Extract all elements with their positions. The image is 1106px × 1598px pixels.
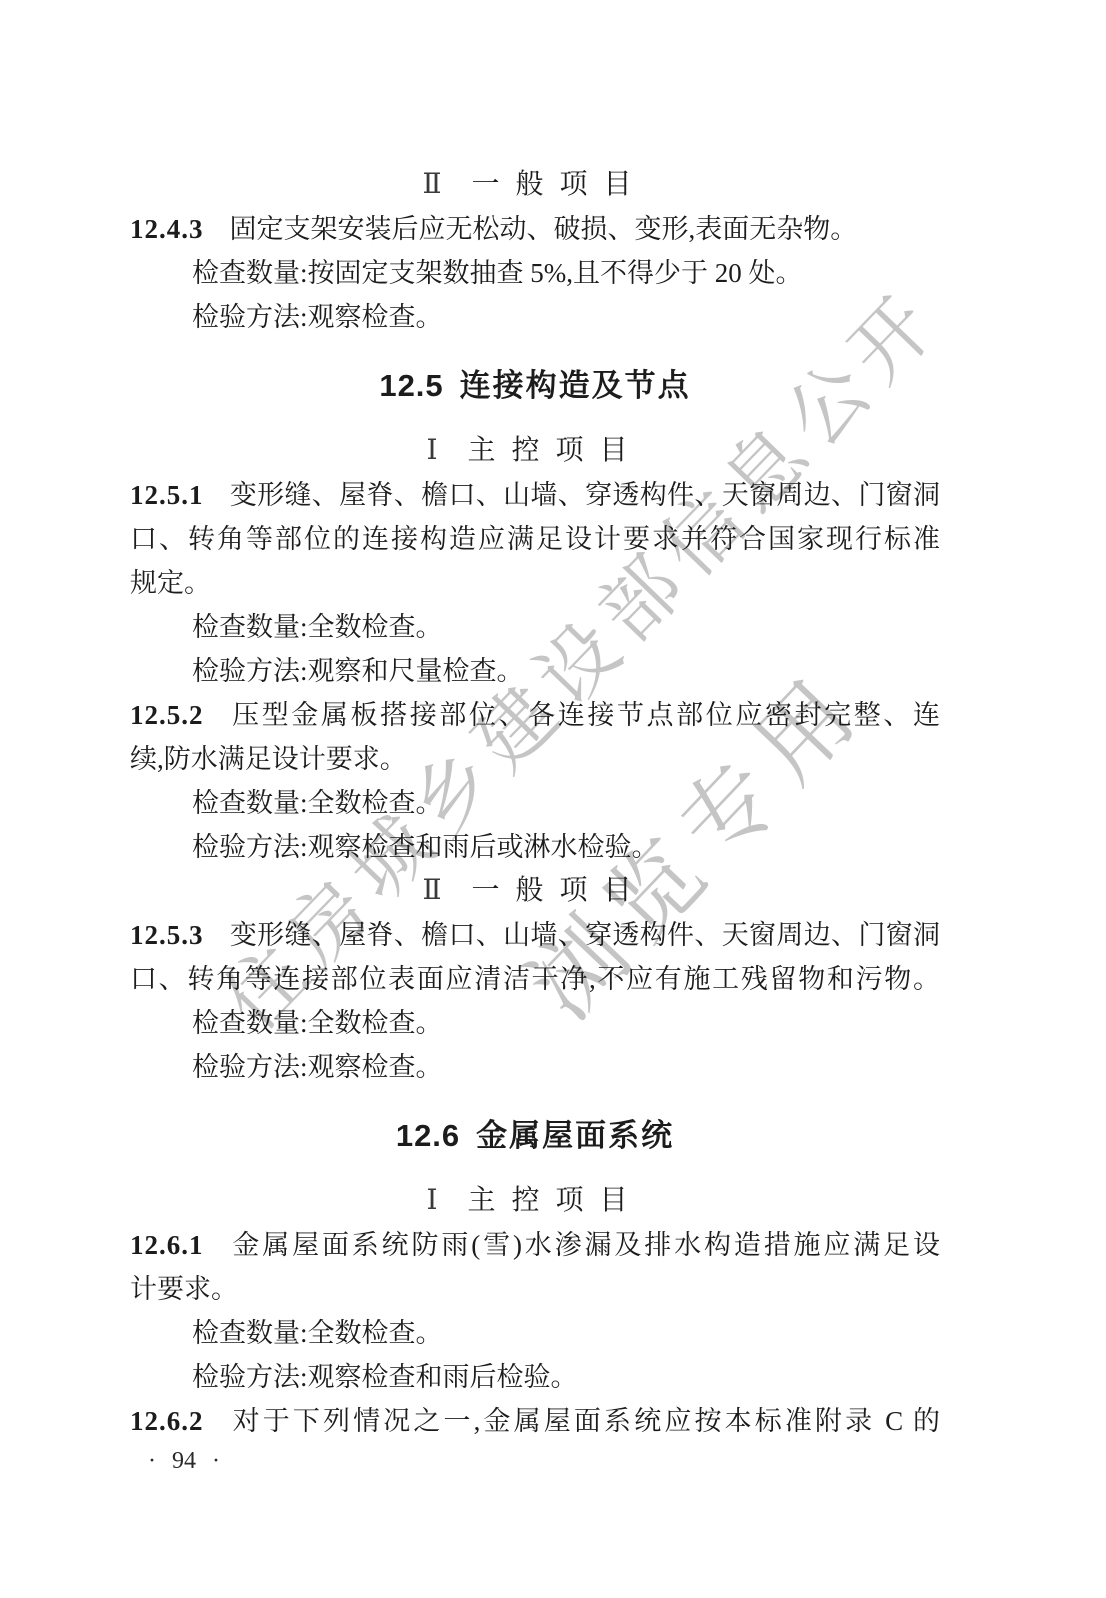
page-number: · 94 · (148, 1448, 220, 1475)
clause-12-5-1-cont-2: 规定。 (130, 561, 940, 605)
document-page: { "watermark": { "line1": "住房城乡建设部信息公开",… (0, 0, 1106, 1598)
clause-number: 12.4.3 (130, 214, 204, 244)
section-heading-12-6: 12.6金属屋面系统 (130, 1114, 940, 1158)
check-quantity-line: 检查数量:全数检查。 (130, 605, 940, 649)
clause-text: 固定支架安装后应无松动、破损、变形,表面无杂物。 (230, 214, 858, 244)
section-number: 12.5 (379, 368, 443, 403)
clause-12-6-1: 12.6.1金属屋面系统防雨(雪)水渗漏及排水构造措施应满足设 (130, 1223, 940, 1267)
clause-number: 12.5.1 (130, 480, 204, 510)
check-method-line: 检验方法:观察检查和雨后检验。 (130, 1355, 940, 1399)
clause-text: 压型金属板搭接部位、各连接节点部位应密封完整、连 (230, 700, 941, 730)
clause-12-5-3: 12.5.3变形缝、屋脊、檐口、山墙、穿透构件、天窗周边、门窗洞 (130, 913, 940, 957)
section-subhead-master-1: Ⅰ主控项目 (130, 429, 940, 473)
section-subhead-general-1: Ⅱ一般项目 (130, 163, 940, 207)
clause-text: 金属屋面系统防雨(雪)水渗漏及排水构造措施应满足设 (230, 1230, 941, 1260)
clause-text: 变形缝、屋脊、檐口、山墙、穿透构件、天窗周边、门窗洞 (230, 920, 941, 950)
clause-12-4-3: 12.4.3固定支架安装后应无松动、破损、变形,表面无杂物。 (130, 207, 940, 251)
clause-12-5-2-cont: 续,防水满足设计要求。 (130, 737, 940, 781)
subhead-numeral: Ⅰ (426, 1185, 437, 1216)
clause-number: 12.5.2 (130, 700, 204, 730)
clause-text: 对于下列情况之一,金属屋面系统应按本标准附录 C 的 (230, 1406, 941, 1436)
clause-12-6-1-cont: 计要求。 (130, 1267, 940, 1311)
clause-12-5-2: 12.5.2压型金属板搭接部位、各连接节点部位应密封完整、连 (130, 693, 940, 737)
check-quantity-line: 检查数量:全数检查。 (130, 1311, 940, 1355)
clause-12-5-1: 12.5.1变形缝、屋脊、檐口、山墙、穿透构件、天窗周边、门窗洞 (130, 473, 940, 517)
section-subhead-master-2: Ⅰ主控项目 (130, 1179, 940, 1223)
check-quantity-line: 检查数量:全数检查。 (130, 1001, 940, 1045)
check-method-line: 检验方法:观察和尺量检查。 (130, 649, 940, 693)
clause-text: 变形缝、屋脊、檐口、山墙、穿透构件、天窗周边、门窗洞 (230, 480, 941, 510)
subhead-label: 一般项目 (472, 875, 648, 906)
clause-12-5-1-cont: 口、转角等部位的连接构造应满足设计要求并符合国家现行标准 (130, 517, 940, 561)
clause-12-6-2: 12.6.2对于下列情况之一,金属屋面系统应按本标准附录 C 的 (130, 1399, 940, 1443)
check-quantity-line: 检查数量:按固定支架数抽查 5%,且不得少于 20 处。 (130, 251, 940, 295)
subhead-numeral: Ⅱ (422, 169, 441, 200)
clause-number: 12.6.2 (130, 1406, 204, 1436)
section-title: 金属屋面系统 (476, 1118, 674, 1153)
subhead-numeral: Ⅰ (426, 435, 437, 466)
check-method-line: 检验方法:观察检查。 (130, 1045, 940, 1089)
clause-12-5-3-cont: 口、转角等连接部位表面应清洁干净,不应有施工残留物和污物。 (130, 957, 940, 1001)
section-subhead-general-2: Ⅱ一般项目 (130, 869, 940, 913)
subhead-label: 主控项目 (468, 435, 644, 466)
check-quantity-line: 检查数量:全数检查。 (130, 781, 940, 825)
subhead-numeral: Ⅱ (422, 875, 441, 906)
subhead-label: 一般项目 (472, 169, 648, 200)
check-method-line: 检验方法:观察检查和雨后或淋水检验。 (130, 825, 940, 869)
clause-number: 12.5.3 (130, 920, 204, 950)
section-title: 连接构造及节点 (460, 368, 691, 403)
check-method-line: 检验方法:观察检查。 (130, 295, 940, 339)
subhead-label: 主控项目 (468, 1185, 644, 1216)
clause-number: 12.6.1 (130, 1230, 204, 1260)
section-heading-12-5: 12.5连接构造及节点 (130, 364, 940, 408)
page-text-column: Ⅱ一般项目 12.4.3固定支架安装后应无松动、破损、变形,表面无杂物。 检查数… (130, 163, 940, 1443)
section-number: 12.6 (396, 1118, 460, 1153)
